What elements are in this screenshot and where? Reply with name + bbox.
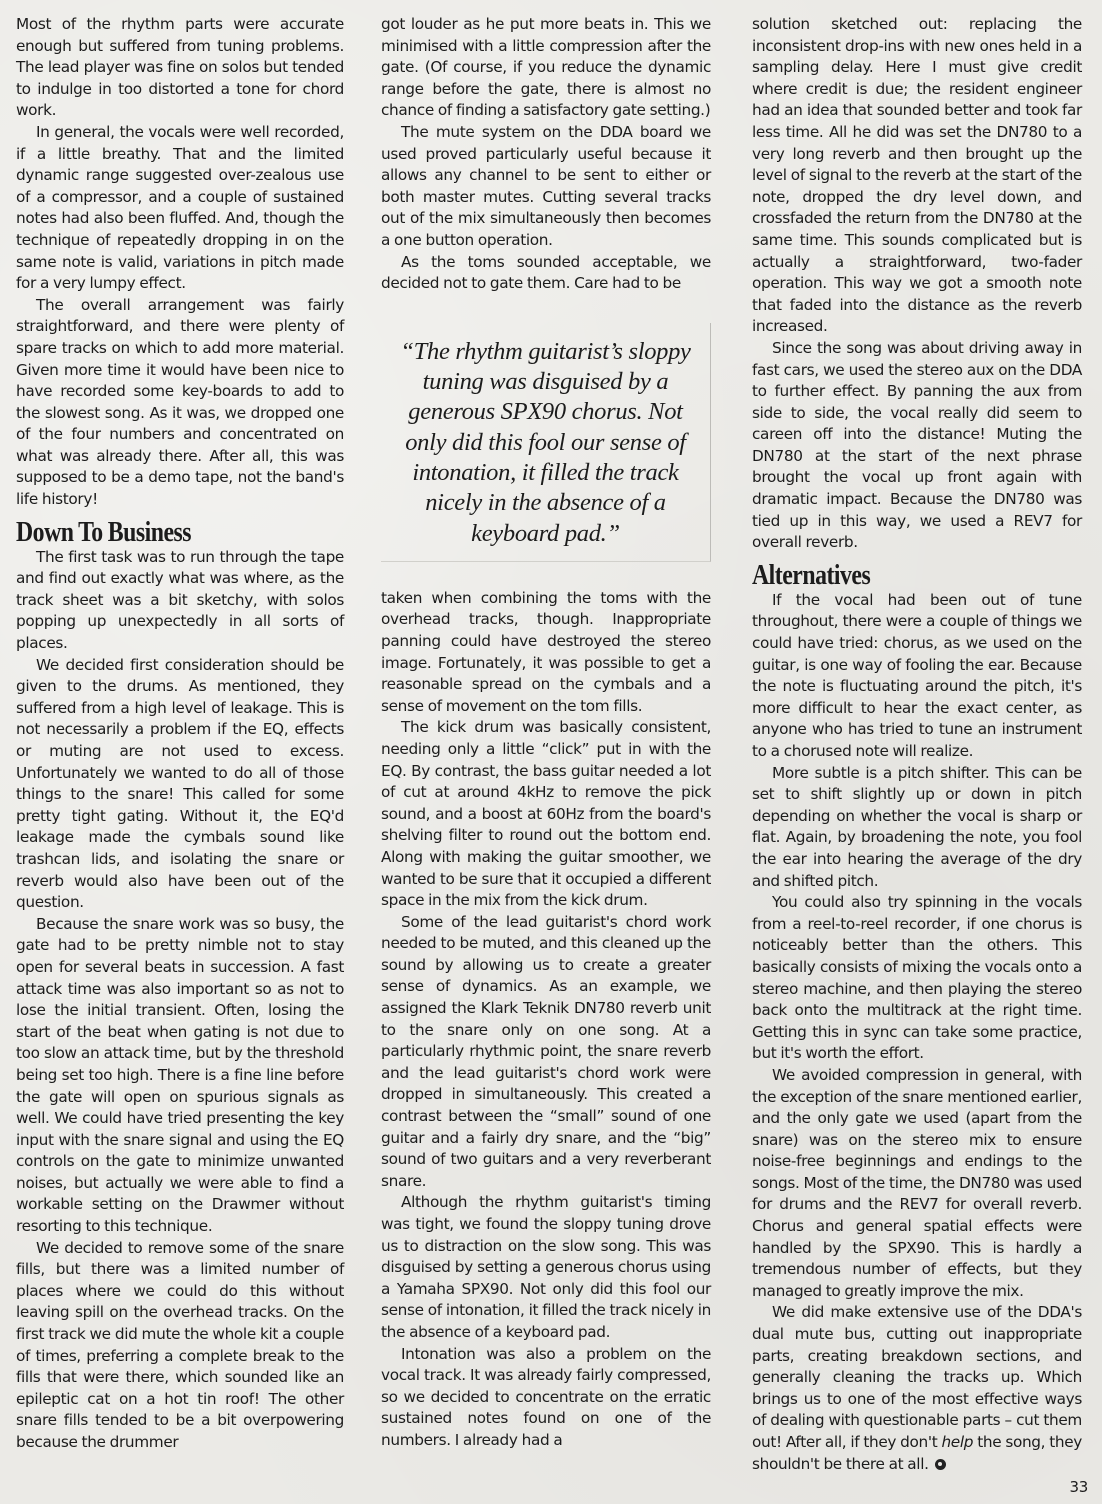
paragraph: We decided first consideration should be… xyxy=(16,655,344,914)
text: We did make extensive use of the DDA's d… xyxy=(752,1303,1082,1451)
end-of-article-icon xyxy=(935,1459,946,1470)
paragraph: We avoided compression in general, with … xyxy=(752,1065,1082,1303)
paragraph: The kick drum was basically consistent, … xyxy=(381,717,711,911)
paragraph: In general, the vocals were well recorde… xyxy=(16,122,344,295)
paragraph-final: We did make extensive use of the DDA's d… xyxy=(752,1302,1082,1475)
paragraph: got louder as he put more beats in. This… xyxy=(381,14,711,122)
paragraph: solution sketched out: replacing the inc… xyxy=(752,14,1082,338)
paragraph: Intonation was also a problem on the voc… xyxy=(381,1344,711,1452)
paragraph: taken when combining the toms with the o… xyxy=(381,588,711,718)
magazine-page: Most of the rhythm parts were accurate e… xyxy=(0,0,1102,1504)
paragraph: Although the rhythm guitarist's timing w… xyxy=(381,1192,711,1343)
page-number: 33 xyxy=(1070,1478,1089,1496)
pull-quote: “The rhythm guitarist’s sloppy tuning wa… xyxy=(381,323,711,562)
paragraph: Some of the lead guitarist's chord work … xyxy=(381,912,711,1193)
section-heading-down-to-business: Down To Business xyxy=(16,517,285,547)
paragraph: The overall arrangement was fairly strai… xyxy=(16,295,344,511)
section-heading-alternatives: Alternatives xyxy=(752,560,1023,590)
column-3: solution sketched out: replacing the inc… xyxy=(752,14,1082,1475)
paragraph: Since the song was about driving away in… xyxy=(752,338,1082,554)
paragraph: You could also try spinning in the vocal… xyxy=(752,892,1082,1065)
paragraph: If the vocal had been out of tune throug… xyxy=(752,590,1082,763)
paragraph: The first task was to run through the ta… xyxy=(16,547,344,655)
paragraph: Most of the rhythm parts were accurate e… xyxy=(16,14,344,122)
column-2: got louder as he put more beats in. This… xyxy=(381,14,711,1452)
paragraph: We decided to remove some of the snare f… xyxy=(16,1238,344,1454)
paragraph: As the toms sounded acceptable, we decid… xyxy=(381,252,711,295)
paragraph: The mute system on the DDA board we used… xyxy=(381,122,711,252)
paragraph: Because the snare work was so busy, the … xyxy=(16,914,344,1238)
paragraph: More subtle is a pitch shifter. This can… xyxy=(752,763,1082,893)
emphasis: help xyxy=(941,1433,973,1451)
column-1: Most of the rhythm parts were accurate e… xyxy=(16,14,344,1454)
